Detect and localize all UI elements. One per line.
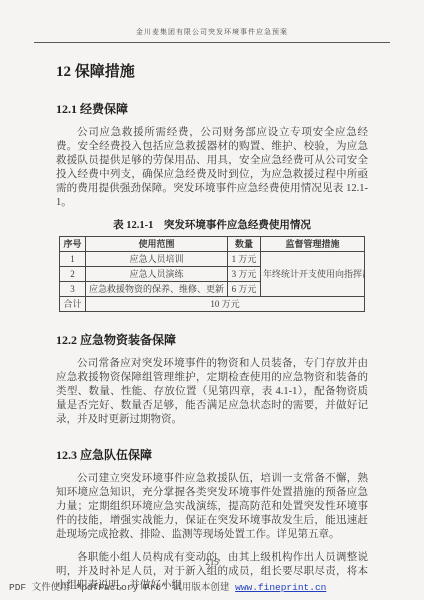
cell-no: 2 <box>60 267 86 282</box>
chapter-title: 12 保障措施 <box>56 60 368 81</box>
watermark-text: PDF 文件使用 “pdfFactory Pro” 试用版本创建 <box>9 582 235 593</box>
table-row: 1 应急人员培训 1 万元 年终统计开支使用向指挥部汇报 <box>60 252 365 267</box>
cell-no: 1 <box>60 252 86 267</box>
table-total-row: 合计 10 万元 <box>60 297 365 312</box>
section-12-3-paragraph-1: 公司建立突发环境事件应急救援队伍，培训一支常备不懈，熟知环境应急知识，充分掌握各… <box>56 472 368 542</box>
cell-supervision: 年终统计开支使用向指挥部汇报 <box>261 252 365 297</box>
cell-total-label: 合计 <box>60 297 86 312</box>
cell-amount: 1 万元 <box>228 252 261 267</box>
section-title-12-1: 12.1 经费保障 <box>56 100 368 117</box>
section-12-2-paragraph: 公司常备应对突发环境事件的物资和人员装备，专门存放并由应急救援物资保障组管理维护… <box>56 357 368 427</box>
cell-amount: 3 万元 <box>228 267 261 282</box>
header-cell-amount: 数量 <box>228 237 261 252</box>
header-cell-supervision: 监督管理措施 <box>261 237 365 252</box>
section-title-12-3: 12.3 应急队伍保障 <box>56 446 368 463</box>
funding-table: 序号 使用范围 数量 监督管理措施 1 应急人员培训 1 万元 年终统计开支使用… <box>59 236 365 312</box>
running-header: 金川麦集团有限公司突发环境事件应急预案 <box>34 0 390 43</box>
header-cell-scope: 使用范围 <box>86 237 228 252</box>
section-12-1-paragraph: 公司应急救援所需经费，公司财务部应设立专项安全应急经费。安全经费投入包括应急救援… <box>56 126 368 210</box>
pdf-watermark: PDF 文件使用 “pdfFactory Pro” 试用版本创建 www.fin… <box>9 579 326 593</box>
cell-amount: 6 万元 <box>228 282 261 297</box>
page-content: 12 保障措施 12.1 经费保障 公司应急救援所需经费，公司财务部应设立专项安… <box>56 60 368 593</box>
cell-scope: 应急救援物资的保养、维修、更新 <box>86 282 228 297</box>
table-header-row: 序号 使用范围 数量 监督管理措施 <box>60 237 365 252</box>
cell-total-value: 10 万元 <box>86 297 365 312</box>
fineprint-link[interactable]: www.fineprint.cn <box>235 582 326 593</box>
cell-scope: 应急人员演练 <box>86 267 228 282</box>
cell-scope: 应急人员培训 <box>86 252 228 267</box>
section-title-12-2: 12.2 应急物资装备保障 <box>56 331 368 348</box>
page-number: 215 <box>0 557 424 567</box>
document-page: 金川麦集团有限公司突发环境事件应急预案 12 保障措施 12.1 经费保障 公司… <box>0 0 424 600</box>
cell-no: 3 <box>60 282 86 297</box>
header-cell-no: 序号 <box>60 237 86 252</box>
table-caption: 表 12.1-1 突发环境事件应急经费使用情况 <box>56 217 368 232</box>
